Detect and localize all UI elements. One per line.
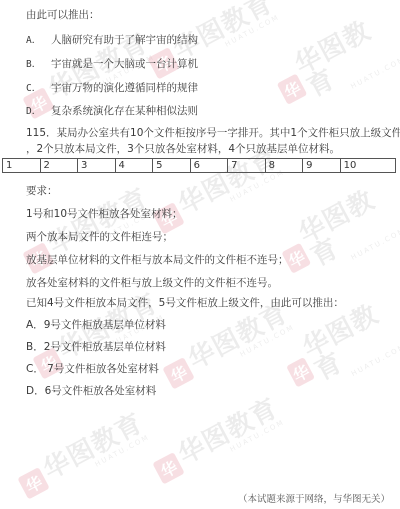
q115-stem-line1: 115．某局办公室共有10个文件柜按序号一字排开。其中1个文件柜只放上级文件 xyxy=(26,126,400,140)
huatu-logo-icon: 华 xyxy=(277,73,308,105)
q115-option-b: B．2号文件柜放基层单位材料 xyxy=(26,340,166,354)
cabinet-number-table: 1 2 3 4 5 6 7 8 9 10 xyxy=(2,158,396,173)
q114-lead: 由此可以推出： xyxy=(26,8,100,22)
q114-option-b: B．宇宙就是一个大脑或一台计算机 xyxy=(26,57,198,72)
cabinet-cell: 10 xyxy=(340,159,395,173)
cabinet-cell: 6 xyxy=(190,159,228,173)
cabinet-cell: 4 xyxy=(115,159,153,173)
table-row: 1 2 3 4 5 6 7 8 9 10 xyxy=(3,159,396,173)
watermark: 华 华图教育HUATU.COM xyxy=(150,395,286,489)
requirements-title: 要求： xyxy=(26,184,58,198)
source-disclaimer: （本试题来源于网络，与华图无关） xyxy=(238,491,390,505)
huatu-logo-icon: 华 xyxy=(286,357,315,388)
watermark: 华 华图教育HUATU.COM xyxy=(278,297,400,404)
cabinet-cell: 8 xyxy=(265,159,303,173)
requirement-2: 两个放本局文件的文件柜连号； xyxy=(26,230,173,244)
requirement-4: 放各处室材料的文件柜与放上级文件的文件柜不连号。 xyxy=(26,276,278,290)
given-condition: 已知4号文件柜放本局文件，5号文件柜放上级文件，由此可以推出： xyxy=(26,296,344,310)
cabinet-cell: 2 xyxy=(40,159,78,173)
cabinet-cell: 3 xyxy=(78,159,116,173)
q115-option-c: C． 7号文件柜放各处室材料 xyxy=(26,362,159,376)
huatu-logo-icon: 华 xyxy=(17,467,49,499)
cabinet-cell: 9 xyxy=(303,159,341,173)
huatu-logo-icon: 华 xyxy=(152,452,184,484)
cabinet-cell: 1 xyxy=(3,159,41,173)
q115-stem-line2: ，2个只放本局文件，3个只放各处室材料，4个只放基层单位材料。 xyxy=(26,142,340,156)
q114-option-c: C．宇宙万物的演化遵循同样的规律 xyxy=(26,81,198,96)
cabinet-cell: 7 xyxy=(228,159,266,173)
requirement-3: 放基层单位材料的文件柜与放本局文件的文件柜不连号； xyxy=(26,253,289,267)
q115-option-a: A．9号文件柜放基层单位材料 xyxy=(26,318,166,332)
requirement-1: 1号和10号文件柜放各处室材料； xyxy=(26,207,183,221)
watermark: 华 华图教育HUATU.COM xyxy=(160,300,296,394)
huatu-logo-icon: 华 xyxy=(162,357,194,389)
watermark: 华 华图教育HUATU.COM xyxy=(268,9,400,121)
watermark: 华 华图教育HUATU.COM xyxy=(15,410,151,504)
q114-option-d: D．复杂系统演化存在某种相似法则 xyxy=(26,104,198,119)
q114-option-a: A．人脑研究有助于了解宇宙的结构 xyxy=(26,33,198,48)
watermark: 华 华图教育HUATU.COM xyxy=(273,180,400,289)
q115-option-d: D．6号文件柜放各处室材料 xyxy=(26,384,156,398)
cabinet-cell: 5 xyxy=(153,159,191,173)
